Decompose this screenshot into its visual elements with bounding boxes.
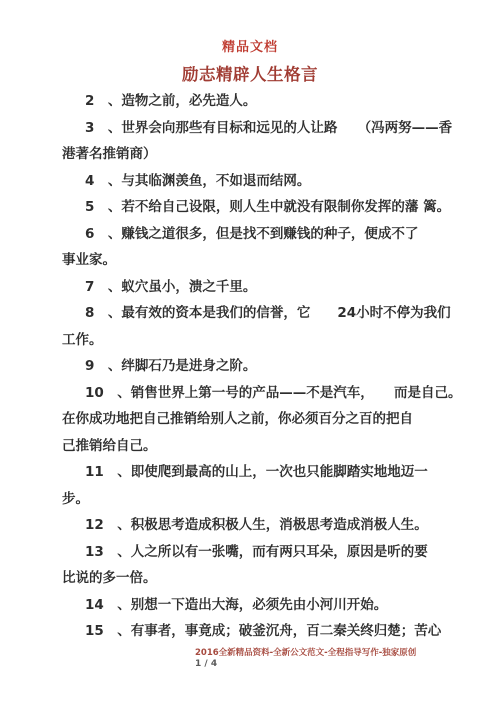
quote-line: 7 、蚁穴虽小，溃之千里。 bbox=[62, 274, 500, 301]
footer-tagline: 2016全新精品资料-全新公文范文-全程指导写作-独家原创 bbox=[195, 648, 416, 658]
quote-line: 2 、造物之前，必先造人。 bbox=[62, 88, 500, 115]
quote-line: 11 、即使爬到最高的山上，一次也只能脚踏实地地迈一 bbox=[62, 459, 500, 486]
quote-line: 15 、有事者，事竟成；破釜沉舟，百二秦关终归楚；苦心 bbox=[62, 618, 500, 645]
quote-line: 5 、若不给自己设限，则人生中就没有限制你发挥的藩 篱。 bbox=[62, 194, 500, 221]
quote-line: 8 、最有效的资本是我们的信誉，它 24小时不停为我们 bbox=[62, 300, 500, 327]
document-page: 精品文档 励志精辟人生格言 2 、造物之前，必先造人。 3 、世界会向那些有目标… bbox=[0, 0, 500, 708]
quote-line-continuation: 比说的多一倍。 bbox=[62, 565, 500, 592]
quote-line: 4 、与其临渊羡鱼，不如退而结网。 bbox=[62, 168, 500, 195]
quote-line-continuation: 在你成功地把自己推销给别人之前，你必须百分之百的把自 bbox=[62, 406, 500, 433]
quote-line-continuation: 港著名推销商） bbox=[62, 141, 500, 168]
page-number: 1 / 4 bbox=[195, 659, 416, 669]
document-title: 励志精辟人生格言 bbox=[0, 65, 500, 85]
quote-line-continuation: 工作。 bbox=[62, 327, 500, 354]
quote-line: 3 、世界会向那些有目标和远见的人让路 （冯两努——香 bbox=[62, 115, 500, 142]
document-footer: 2016全新精品资料-全新公文范文-全程指导写作-独家原创 1 / 4 bbox=[195, 648, 416, 669]
quote-line: 6 、赚钱之道很多，但是找不到赚钱的种子，便成不了 bbox=[62, 221, 500, 248]
quote-line-continuation: 事业家。 bbox=[62, 247, 500, 274]
document-watermark-header: 精品文档 bbox=[0, 0, 500, 55]
quote-line-continuation: 步。 bbox=[62, 486, 500, 513]
quote-line: 9 、绊脚石乃是进身之阶。 bbox=[62, 353, 500, 380]
document-body: 2 、造物之前，必先造人。 3 、世界会向那些有目标和远见的人让路 （冯两努——… bbox=[0, 88, 500, 645]
quote-line: 13 、人之所以有一张嘴，而有两只耳朵，原因是听的要 bbox=[62, 539, 500, 566]
quote-line: 12 、积极思考造成积极人生，消极思考造成消极人生。 bbox=[62, 512, 500, 539]
quote-line: 10 、销售世界上第一号的产品——不是汽车， 而是自己。 bbox=[62, 380, 500, 407]
quote-line-continuation: 己推销给自己。 bbox=[62, 433, 500, 460]
quote-line: 14 、别想一下造出大海，必须先由小河川开始。 bbox=[62, 592, 500, 619]
